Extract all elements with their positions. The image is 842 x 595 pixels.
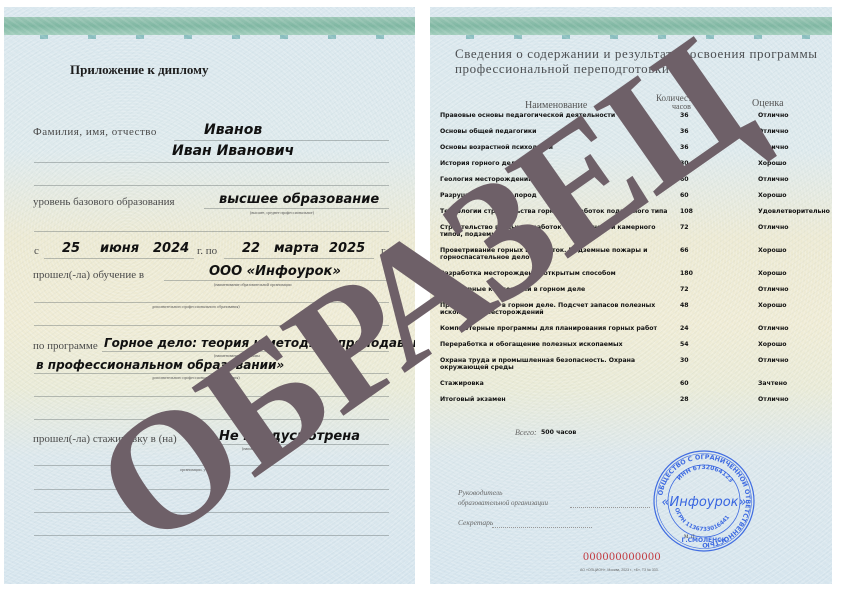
- period-to-month: марта: [274, 241, 319, 256]
- table-row: Стажировка60Зачтено: [440, 380, 832, 396]
- subject-hours: 36: [680, 112, 689, 119]
- internship-value: Не предусмотрена: [219, 429, 360, 444]
- period-to-day: 22: [242, 241, 260, 256]
- table-row: Геология месторождений60Отлично: [440, 176, 832, 192]
- base-education-value: высшее образование: [219, 192, 379, 207]
- diploma-supplement-right-page: Сведения о содержании и результатах осво…: [430, 7, 832, 584]
- subject-name: Охрана труда и промышленная безопасность…: [440, 357, 675, 371]
- subject-grade: Отлично: [758, 224, 789, 231]
- subject-hours: 54: [680, 341, 689, 348]
- period-to-prefix: г. по: [197, 245, 217, 257]
- subject-grade: Удовлетворительно: [758, 208, 830, 215]
- diploma-supplement-left-page: Приложение к диплому Фамилия, имя, отчес…: [4, 7, 415, 584]
- subject-grade: Отлично: [758, 357, 789, 364]
- organization-value: ООО «Инфоурок»: [209, 264, 341, 279]
- surname-value: Иванов: [204, 122, 262, 138]
- table-row: История горного дела30Хорошо: [440, 160, 832, 176]
- column-header-name: Наименование: [525, 100, 587, 111]
- subject-name: Геология месторождений: [440, 176, 675, 183]
- name-patronymic-value: Иван Иванович: [172, 143, 294, 159]
- subject-name: Проектирование в горном деле. Подсчет за…: [440, 302, 675, 316]
- subject-grade: Хорошо: [758, 247, 787, 254]
- subject-hours: 36: [680, 144, 689, 151]
- table-row: Разработка месторождений открытым способ…: [440, 270, 832, 286]
- organization-hint-2: дополнительного профессионального образо…: [152, 304, 240, 309]
- subject-name: Технологии строительства горных выработо…: [440, 208, 675, 215]
- subject-name: Переработка и обогащение полезных ископа…: [440, 341, 675, 348]
- studied-label: прошел(-ла) обучение в: [33, 269, 144, 281]
- table-row: Проектирование в горном деле. Подсчет за…: [440, 302, 832, 325]
- svg-text:«Инфоурок»: «Инфоурок»: [661, 495, 746, 510]
- subject-name: Основы общей педагогики: [440, 128, 675, 135]
- subject-grade: Хорошо: [758, 341, 787, 348]
- total-value: 500 часов: [541, 429, 576, 436]
- subjects-table: Правовые основы педагогической деятельно…: [440, 112, 832, 412]
- program-line-2: в профессиональном образовании»: [36, 358, 284, 372]
- fio-label: Фамилия, имя, отчество: [33, 126, 157, 138]
- subject-hours: 30: [680, 357, 689, 364]
- period-from-month: июня: [100, 241, 139, 256]
- subject-grade: Зачтено: [758, 380, 787, 387]
- period-to-year: 2025: [329, 241, 365, 256]
- subject-hours: 30: [680, 160, 689, 167]
- section-title-line-1: Сведения о содержании и результатах осво…: [455, 46, 818, 61]
- subject-grade: Отлично: [758, 144, 789, 151]
- svg-text:Г.СМОЛЕНСК: Г.СМОЛЕНСК: [682, 537, 727, 544]
- subject-name: Полимерные композиции в горном деле: [440, 286, 675, 293]
- base-education-label: уровень базового образования: [33, 196, 175, 208]
- table-row: Разрушение горных пород60Хорошо: [440, 192, 832, 208]
- subject-hours: 66: [680, 247, 689, 254]
- table-row: Полимерные композиции в горном деле72Отл…: [440, 286, 832, 302]
- subject-hours: 108: [680, 208, 693, 215]
- subject-hours: 28: [680, 396, 689, 403]
- organization-hint: (наименование образовательной организаци…: [214, 282, 291, 287]
- subject-hours: 48: [680, 302, 689, 309]
- program-line-1: Горное дело: теория и методика преподава…: [104, 336, 415, 350]
- subject-hours: 24: [680, 325, 689, 332]
- subject-name: Стажировка: [440, 380, 675, 387]
- period-suffix: г.: [381, 245, 387, 257]
- internship-hint-2: организации, учреждения): [180, 467, 225, 472]
- table-row: Технологии строительства горных выработо…: [440, 208, 832, 224]
- subject-name: Основы возрастной психологии: [440, 144, 675, 151]
- subject-hours: 36: [680, 128, 689, 135]
- serial-number: 000000000000: [583, 549, 661, 564]
- subject-grade: Отлично: [758, 112, 789, 119]
- head-label-line-2: образовательной организации: [458, 499, 548, 507]
- subject-grade: Отлично: [758, 325, 789, 332]
- subject-name: Разработка месторождений открытым способ…: [440, 270, 675, 277]
- subject-grade: Отлично: [758, 286, 789, 293]
- column-header-grade: Оценка: [752, 98, 784, 109]
- subject-grade: Хорошо: [758, 270, 787, 277]
- head-label-line-1: Руководитель: [458, 488, 502, 497]
- secretary-label: Секретарь: [458, 518, 493, 527]
- internship-hint: (наименование предприятия,: [242, 446, 291, 451]
- subject-grade: Отлично: [758, 128, 789, 135]
- subject-grade: Хорошо: [758, 302, 787, 309]
- table-row: Основы возрастной психологии36Отлично: [440, 144, 832, 160]
- base-education-hint: (высшее, среднее профессиональное): [250, 210, 314, 215]
- table-row: Переработка и обогащение полезных ископа…: [440, 341, 832, 357]
- decorative-band: [4, 17, 415, 35]
- subject-name: Правовые основы педагогической деятельно…: [440, 112, 675, 119]
- period-from-day: 25: [62, 241, 80, 256]
- subject-grade: Хорошо: [758, 160, 787, 167]
- subject-hours: 60: [680, 192, 689, 199]
- subject-hours: 180: [680, 270, 693, 277]
- printer-note: АО «ОПЦИОН», Москва, 2023 г., «Б», ТЗ № …: [580, 568, 659, 572]
- table-row: Правовые основы педагогической деятельно…: [440, 112, 832, 128]
- subject-name: Строительство горных выработок тоннельно…: [440, 224, 675, 238]
- subject-name: Разрушение горных пород: [440, 192, 675, 199]
- table-row: Проветривание горных выработок. Подземны…: [440, 247, 832, 270]
- subject-name: Итоговый экзамен: [440, 396, 675, 403]
- period-from-prefix: с: [34, 245, 39, 257]
- program-hint-2: дополнительного профессионального образо…: [152, 375, 240, 380]
- page-title: Приложение к диплому: [70, 62, 209, 78]
- internship-label: прошел(-ла) стажировку в (на): [33, 433, 177, 445]
- subject-hours: 60: [680, 380, 689, 387]
- subject-grade: Отлично: [758, 176, 789, 183]
- table-row: Охрана труда и промышленная безопасность…: [440, 357, 832, 380]
- subject-hours: 72: [680, 224, 689, 231]
- table-row: Итоговый экзамен28Отлично: [440, 396, 832, 412]
- subject-name: История горного дела: [440, 160, 675, 167]
- table-row: Строительство горных выработок тоннельно…: [440, 224, 832, 247]
- table-row: Компьютерные программы для планирования …: [440, 325, 832, 341]
- subject-grade: Хорошо: [758, 192, 787, 199]
- period-from-year: 2024: [153, 241, 189, 256]
- subject-grade: Отлично: [758, 396, 789, 403]
- program-label: по программе: [33, 340, 98, 352]
- subject-name: Компьютерные программы для планирования …: [440, 325, 675, 332]
- subject-name: Проветривание горных выработок. Подземны…: [440, 247, 675, 261]
- table-row: Основы общей педагогики36Отлично: [440, 128, 832, 144]
- subject-hours: 60: [680, 176, 689, 183]
- column-header-hours-2: часов: [672, 102, 691, 111]
- organization-seal: ОБЩЕСТВО С ОГРАНИЧЕННОЙ ОТВЕТСТВЕННОСТЬЮ…: [652, 449, 756, 553]
- section-title-line-2: профессиональной переподготовки:: [455, 61, 674, 76]
- total-label: Всего:: [515, 428, 537, 437]
- subject-hours: 72: [680, 286, 689, 293]
- decorative-band: [430, 17, 832, 35]
